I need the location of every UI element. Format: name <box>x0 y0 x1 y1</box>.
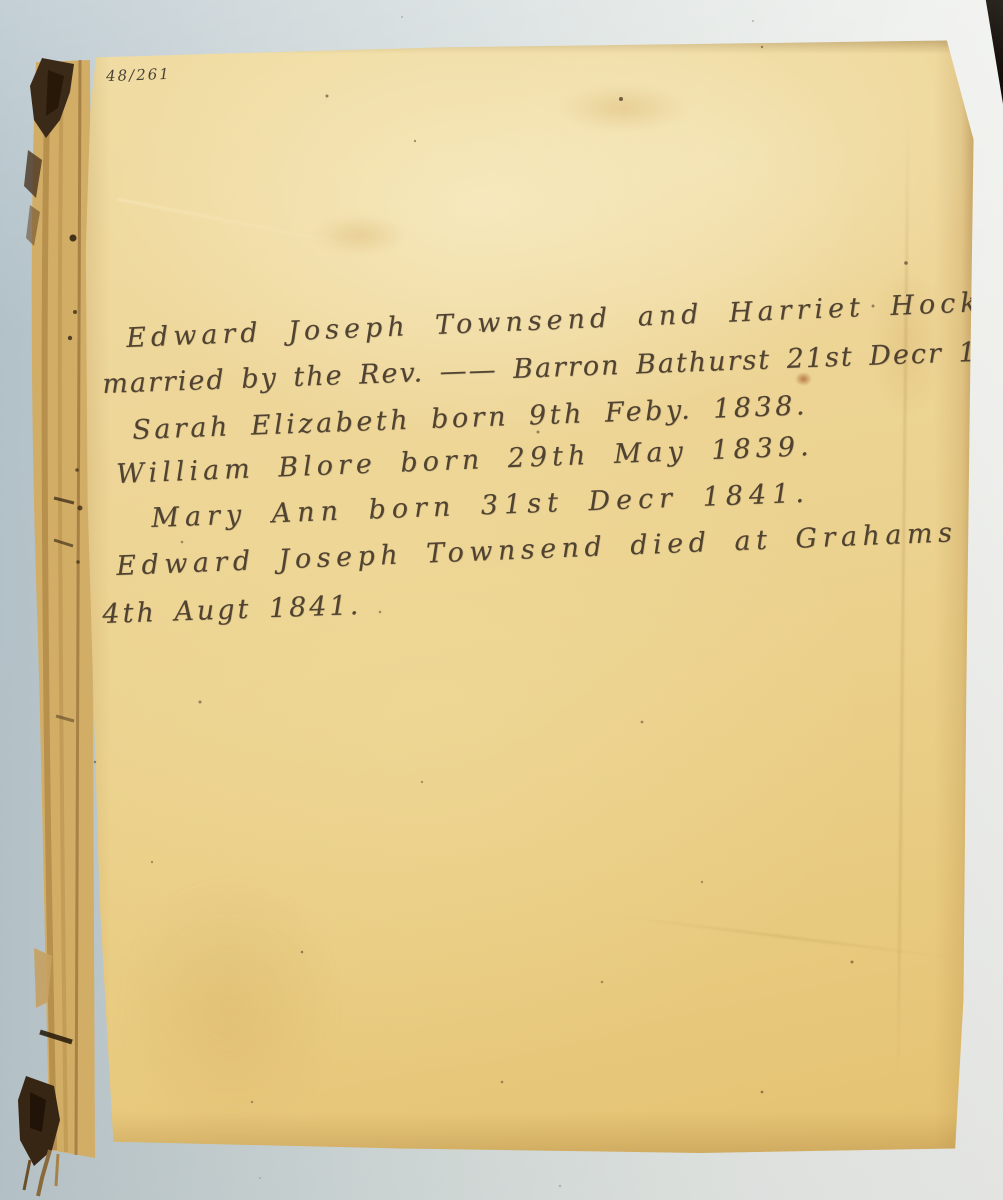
table-corner-object <box>982 0 1003 104</box>
paper-stain <box>312 214 407 256</box>
spine-thread <box>56 1154 58 1186</box>
book-page: 48/261 Edward Joseph Townsend and Harrie… <box>60 36 980 1162</box>
archive-number: 48/261 <box>106 65 171 85</box>
handwriting-line-death-date: 4th Augt 1841. <box>102 589 362 632</box>
paper-stain <box>558 84 688 132</box>
paper-crease <box>117 198 382 251</box>
paper-crease <box>617 915 955 958</box>
paper-crease <box>897 124 909 1084</box>
paper-stain <box>120 876 340 1136</box>
spine-thread <box>24 1160 30 1190</box>
photo-background: 48/261 Edward Joseph Townsend and Harrie… <box>0 0 1003 1200</box>
